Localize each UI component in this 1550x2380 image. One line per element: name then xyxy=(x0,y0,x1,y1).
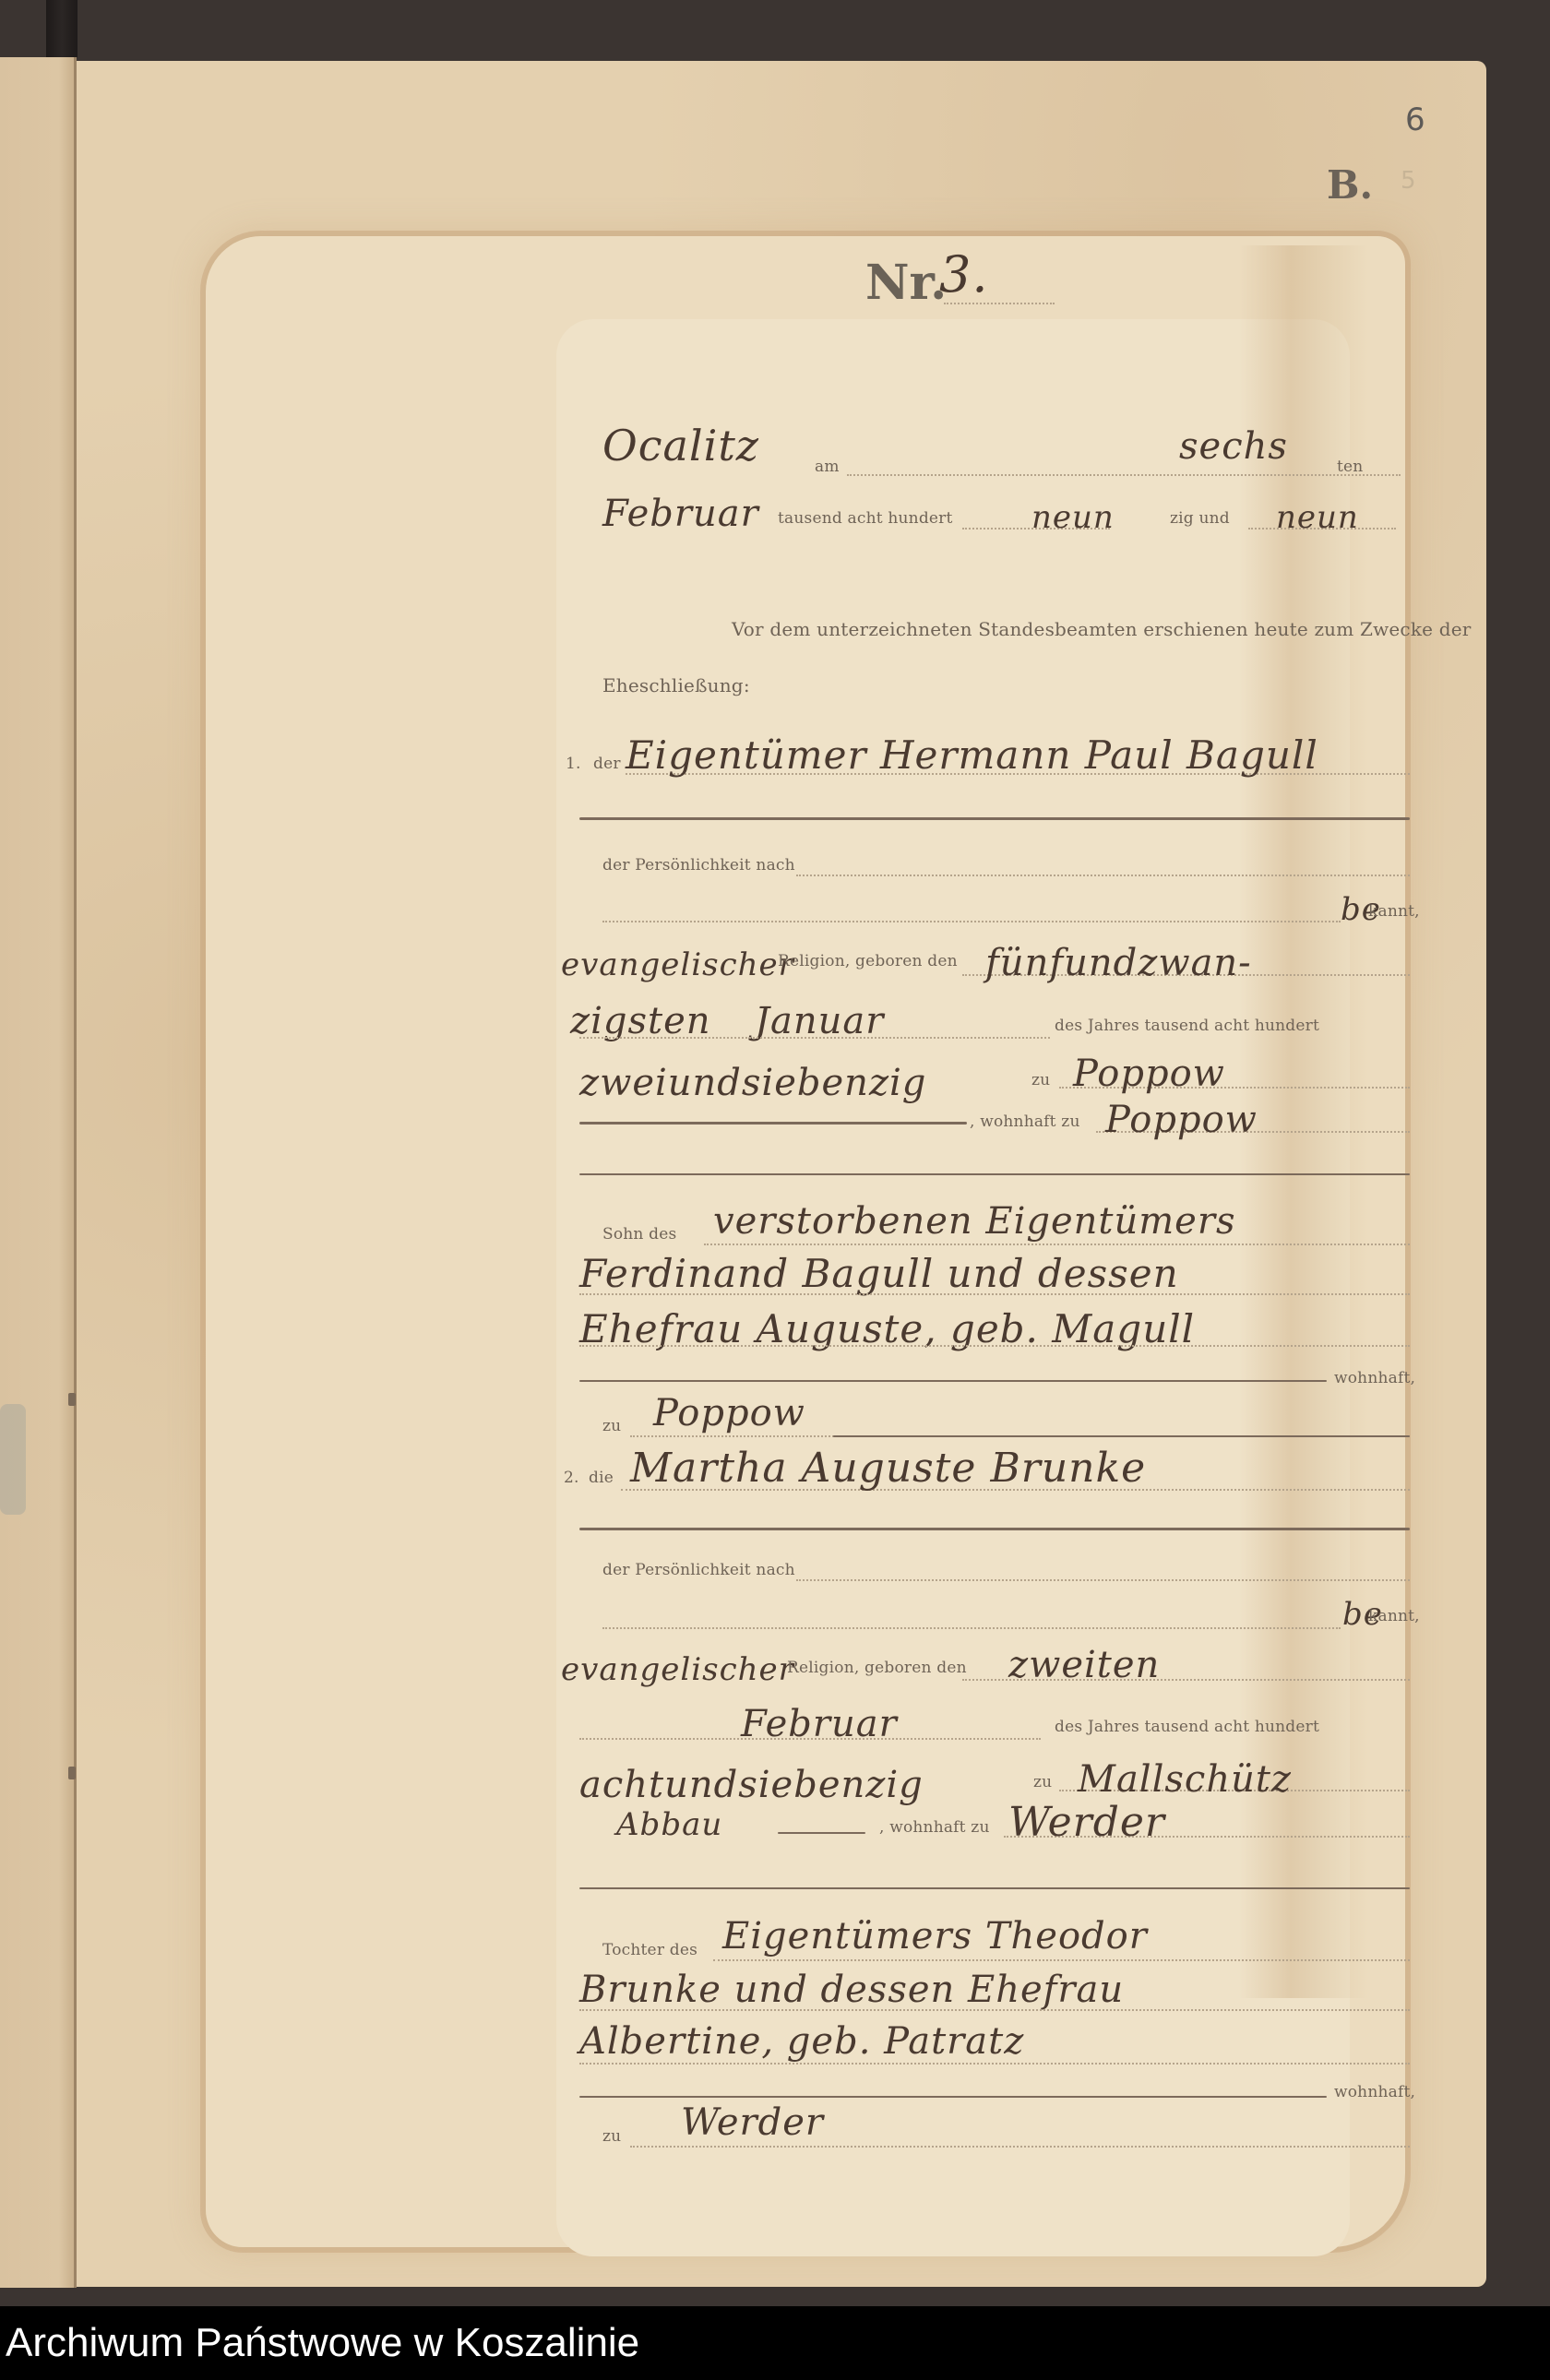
record-number-value: 3. xyxy=(939,245,989,303)
groom-year-label: des Jahres tausend acht hundert xyxy=(1055,1017,1319,1035)
previous-page-edge xyxy=(0,57,74,2288)
ink-strike-line xyxy=(579,2096,1327,2098)
year-unit-handwritten: neun xyxy=(1276,499,1359,536)
bride-birth-month-handwritten: Februar xyxy=(741,1703,898,1745)
groom-parents-line-1: verstorbenen Eigentümers xyxy=(713,1200,1236,1243)
groom-birthplace-handwritten: Poppow xyxy=(1073,1053,1225,1095)
bride-birth-year-handwritten: achtundsiebenzig xyxy=(579,1764,924,1806)
groom-article: der xyxy=(593,755,621,773)
month-handwritten: Februar xyxy=(602,493,759,535)
bride-birthplace-label: zu xyxy=(1033,1773,1052,1791)
dotted-rule xyxy=(944,303,1055,304)
bride-article: die xyxy=(589,1469,614,1487)
dotted-rule xyxy=(704,1244,1410,1245)
bride-name-handwritten: Martha Auguste Brunke xyxy=(630,1445,1146,1492)
bride-identity-label: der Persönlichkeit nach xyxy=(602,1561,795,1579)
groom-birthday-handwritten-1: fünfundzwan- xyxy=(985,942,1252,984)
bride-parents-label: Tochter des xyxy=(602,1941,697,1959)
archive-name: Archiwum Państwowe w Koszalinie xyxy=(6,2317,639,2369)
bride-parents-residence-handwritten: Werder xyxy=(681,2101,824,2144)
preamble-line-1: Vor dem unterzeichneten Standesbeamten e… xyxy=(732,618,1472,640)
groom-parents-residence-handwritten: Poppow xyxy=(653,1392,805,1434)
bride-parents-residence-label: wohnhaft, xyxy=(1334,2083,1415,2101)
dotted-rule xyxy=(602,921,1341,922)
ink-strike-line xyxy=(833,1435,1410,1437)
dotted-rule xyxy=(579,1293,1410,1295)
groom-parents-residence-label: wohnhaft, xyxy=(1334,1369,1415,1387)
scan-background: 6 B. 5 Nr. 3. Ocalitz am sechs ten Febru… xyxy=(0,0,1550,2306)
bride-parents-line-3: Albertine, geb. Patratz xyxy=(579,2020,1024,2063)
groom-identity-label: der Persönlichkeit nach xyxy=(602,856,795,875)
groom-religion-label: Religion, geboren den xyxy=(778,952,958,970)
groom-name-handwritten: Eigentümer Hermann Paul Bagull xyxy=(626,732,1318,778)
groom-birthplace-label: zu xyxy=(1031,1071,1050,1089)
pencil-old-number: 5 xyxy=(1401,167,1416,195)
ink-strike-line xyxy=(579,1122,967,1125)
groom-identity-suffix: kannt, xyxy=(1368,902,1420,921)
pencil-page-number: 6 xyxy=(1405,101,1425,138)
bride-residence-label: , wohnhaft zu xyxy=(879,1818,990,1837)
ink-strike-line xyxy=(579,1887,1410,1889)
groom-residence-handwritten: Poppow xyxy=(1105,1099,1258,1141)
form-letter: B. xyxy=(1327,162,1373,208)
dotted-rule xyxy=(579,2063,1410,2065)
bride-year-label: des Jahres tausend acht hundert xyxy=(1055,1718,1319,1736)
bride-religion-handwritten: evangelischer xyxy=(561,1651,794,1688)
preamble-line-2: Eheschließung: xyxy=(602,674,750,696)
binding-stitch-mark xyxy=(68,1393,76,1406)
groom-religion-handwritten: evangelischer xyxy=(561,946,794,983)
ink-strike-line xyxy=(579,1173,1410,1175)
ink-strike-line xyxy=(579,1380,1327,1382)
day-suffix-label: ten xyxy=(1337,458,1363,476)
bride-birthplace-handwritten: Mallschütz xyxy=(1078,1758,1292,1801)
groom-number: 1. xyxy=(566,755,581,773)
dotted-rule xyxy=(713,1959,1410,1961)
groom-birth-year-handwritten: zweiundsiebenzig xyxy=(579,1062,926,1104)
groom-parents-label: Sohn des xyxy=(602,1225,676,1244)
am-label: am xyxy=(815,458,840,476)
bride-religion-label: Religion, geboren den xyxy=(787,1659,967,1677)
bride-number: 2. xyxy=(564,1469,579,1487)
dotted-rule xyxy=(579,2009,1410,2011)
record-number-label: Nr. xyxy=(865,255,947,311)
bride-parents-line-2: Brunke und dessen Ehefrau xyxy=(579,1969,1124,2011)
bride-parents-residence-prefix: zu xyxy=(602,2127,621,2146)
dotted-rule xyxy=(602,1627,1341,1629)
dotted-rule xyxy=(579,1345,1410,1347)
bride-identity-suffix: kannt, xyxy=(1368,1607,1420,1625)
ink-strike-line xyxy=(579,1528,1410,1530)
bride-residence-handwritten: Werder xyxy=(1008,1799,1165,1846)
groom-residence-label: , wohnhaft zu xyxy=(970,1113,1080,1131)
book-spine xyxy=(46,0,77,57)
document-page: 6 B. 5 Nr. 3. Ocalitz am sechs ten Febru… xyxy=(77,61,1486,2287)
dotted-rule xyxy=(847,474,1401,476)
year-mid-label: zig und xyxy=(1170,509,1230,528)
dotted-rule xyxy=(796,1579,1410,1581)
bride-birthplace-line-2: Abbau xyxy=(616,1806,722,1843)
ink-smudge xyxy=(0,1404,26,1515)
bride-birthday-handwritten: zweiten xyxy=(1008,1644,1160,1686)
year-prefix-label: tausend acht hundert xyxy=(778,509,953,528)
year-decade-handwritten: neun xyxy=(1031,499,1115,536)
ink-strike-line xyxy=(778,1832,865,1834)
bride-parents-line-1: Eigentümers Theodor xyxy=(722,1915,1148,1958)
ink-strike-line xyxy=(579,817,1410,820)
place-handwritten: Ocalitz xyxy=(602,421,759,470)
groom-parents-line-2: Ferdinand Bagull und dessen xyxy=(579,1251,1179,1296)
day-handwritten: sechs xyxy=(1179,425,1288,468)
dotted-rule xyxy=(796,875,1410,876)
binding-stitch-mark xyxy=(68,1767,76,1779)
dotted-rule xyxy=(579,1037,1050,1039)
groom-parents-residence-prefix: zu xyxy=(602,1417,621,1435)
dotted-rule xyxy=(630,2146,1410,2148)
archive-footer-bar: Archiwum Państwowe w Koszalinie xyxy=(0,2306,1550,2380)
